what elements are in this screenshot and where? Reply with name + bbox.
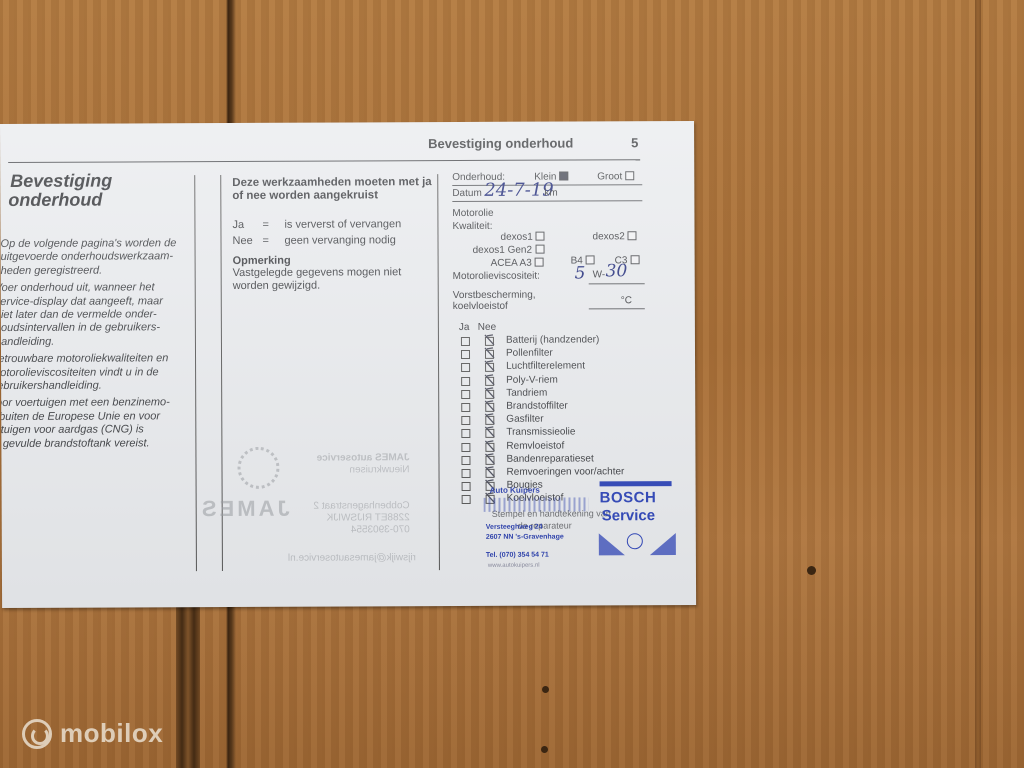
legend-row-nee: Nee = geen vervanging nodig (232, 232, 432, 249)
pen-check-mark-icon (484, 347, 496, 359)
oil-option-dexos2: dexos2 (592, 231, 636, 242)
groot-checkbox[interactable] (625, 171, 634, 180)
pen-check-mark-icon (484, 453, 496, 465)
intro-line: Voer onderhoud uit, wanneer het (1, 281, 201, 295)
intro-line: uitgevoerde onderhoudswerkzaam- (1, 251, 201, 265)
intro-line: voertuigen voor aardgas (CNG) is (1, 423, 201, 437)
klein-checkbox[interactable] (559, 172, 568, 181)
ja-checkbox[interactable] (462, 495, 471, 504)
oil-option-dexos1-gen2: dexos1 Gen2 (473, 245, 545, 256)
wood-knot (807, 566, 816, 575)
intro-line: heden geregistreerd. (1, 264, 201, 278)
intro-line: handleiding. (1, 335, 201, 349)
maintenance-form: Onderhoud: Klein Groot Datum 24-7-19 km … (452, 167, 642, 168)
ja-checkbox[interactable] (461, 416, 470, 425)
ja-checkbox[interactable] (462, 482, 471, 491)
intro-line: een gevulde brandstoftank vereist. (1, 437, 201, 451)
maintenance-booklet-page: Bevestiging onderhoud 5 Bevestiging onde… (0, 121, 696, 608)
pen-check-mark-icon (484, 373, 496, 385)
groot-option: Groot (597, 171, 634, 182)
ja-checkbox[interactable] (461, 337, 470, 346)
ja-checkbox[interactable] (461, 443, 470, 452)
pen-check-mark-icon (484, 466, 496, 478)
wood-knot (541, 746, 548, 753)
wood-seam (975, 0, 981, 768)
bosch-bar (600, 481, 672, 486)
ja-checkbox[interactable] (461, 377, 470, 386)
ja-checkbox[interactable] (461, 403, 470, 412)
instructions-title: Deze werkzaamheden moeten met ja of nee … (232, 176, 432, 203)
intro-line: Voor voertuigen met een benzinemo- (1, 397, 201, 411)
service-text: Service (602, 507, 655, 524)
ghost-logo-icon (237, 447, 279, 489)
bosch-armature-icon (627, 533, 643, 549)
bosch-logo-text: BOSCH (600, 489, 657, 506)
mobilox-watermark: mobilox (22, 718, 163, 749)
checkbox[interactable] (535, 258, 544, 267)
ja-checkbox[interactable] (461, 350, 470, 359)
intro-line: service-display dat aangeeft, maar (1, 295, 201, 309)
checkbox[interactable] (586, 255, 595, 264)
mirrored-ghost-stamp: JAMES autoservice Nieuwkruisen Cobbenhag… (209, 448, 430, 569)
intro-line: niet later dan de vermelde onder- (1, 308, 201, 322)
stamp-triangle (599, 533, 625, 555)
pen-check-mark-icon (484, 426, 496, 438)
intro-line: tor buiten de Europese Unie en voor (1, 410, 201, 424)
intro-line: houdsintervallen in de gebruikers- (1, 322, 201, 336)
intro-line: gebruikershandleiding. (1, 379, 201, 393)
form-rule (452, 200, 642, 202)
mobilox-logo-icon (22, 719, 52, 749)
remark-text: Vastgelegde gegevens mogen niet worden g… (233, 266, 433, 293)
legend-row-ja: Ja = is ververst of vervangen (232, 216, 432, 233)
checkbox[interactable] (535, 245, 544, 254)
remark-title: Opmerking (233, 254, 433, 267)
pen-check-mark-icon (484, 334, 496, 346)
page-header-title: Bevestiging onderhoud (428, 135, 573, 151)
stamp-triangle (650, 533, 676, 555)
handwritten-viscosity-suffix: 30 (606, 261, 628, 281)
intro-line: Betrouwbare motoroliekwaliteiten en (1, 352, 201, 366)
checkbox[interactable] (628, 231, 637, 240)
wood-knot (542, 686, 549, 693)
ja-checkbox[interactable] (461, 429, 470, 438)
intro-line: Op de volgende pagina's worden de (0, 237, 200, 251)
ja-checkbox[interactable] (461, 390, 470, 399)
stamp-ink-texture (484, 497, 589, 511)
pen-check-mark-icon (484, 360, 496, 372)
header-divider (8, 159, 640, 163)
pen-check-mark-icon (484, 439, 496, 451)
pen-check-mark-icon (484, 400, 496, 412)
instructions-block: Deze werkzaamheden moeten met ja of nee … (232, 176, 433, 293)
section-title: Bevestiging onderhoud (10, 172, 112, 210)
checkbox[interactable] (630, 255, 639, 264)
pen-check-mark-icon (484, 387, 496, 399)
ja-checkbox[interactable] (461, 456, 470, 465)
checklist-header: Ja Nee (459, 322, 496, 333)
form-rule (589, 283, 645, 284)
legend: Ja = is ververst of vervangen Nee = geen… (232, 216, 432, 249)
oil-option-acea-a3: ACEA A3 (491, 258, 544, 269)
stamp-company: Auto Kuipers (490, 486, 540, 495)
column-divider (437, 174, 440, 570)
antifreeze-field (589, 308, 645, 309)
ja-checkbox[interactable] (462, 469, 471, 478)
ja-checkbox[interactable] (461, 363, 470, 372)
oil-option-dexos1: dexos1 (500, 232, 544, 243)
intro-line: motorolieviscositeiten vindt u in de (1, 366, 201, 380)
page-number: 5 (631, 135, 638, 150)
wood-seam (176, 600, 200, 768)
intro-text: Op de volgende pagina's worden deuitgevo… (0, 237, 201, 455)
handwritten-viscosity-prefix: 5 (575, 263, 586, 283)
pen-check-mark-icon (484, 413, 496, 425)
dealer-stamp: Stempel en handtekening van de reparateu… (482, 479, 682, 570)
checkbox[interactable] (536, 232, 545, 241)
